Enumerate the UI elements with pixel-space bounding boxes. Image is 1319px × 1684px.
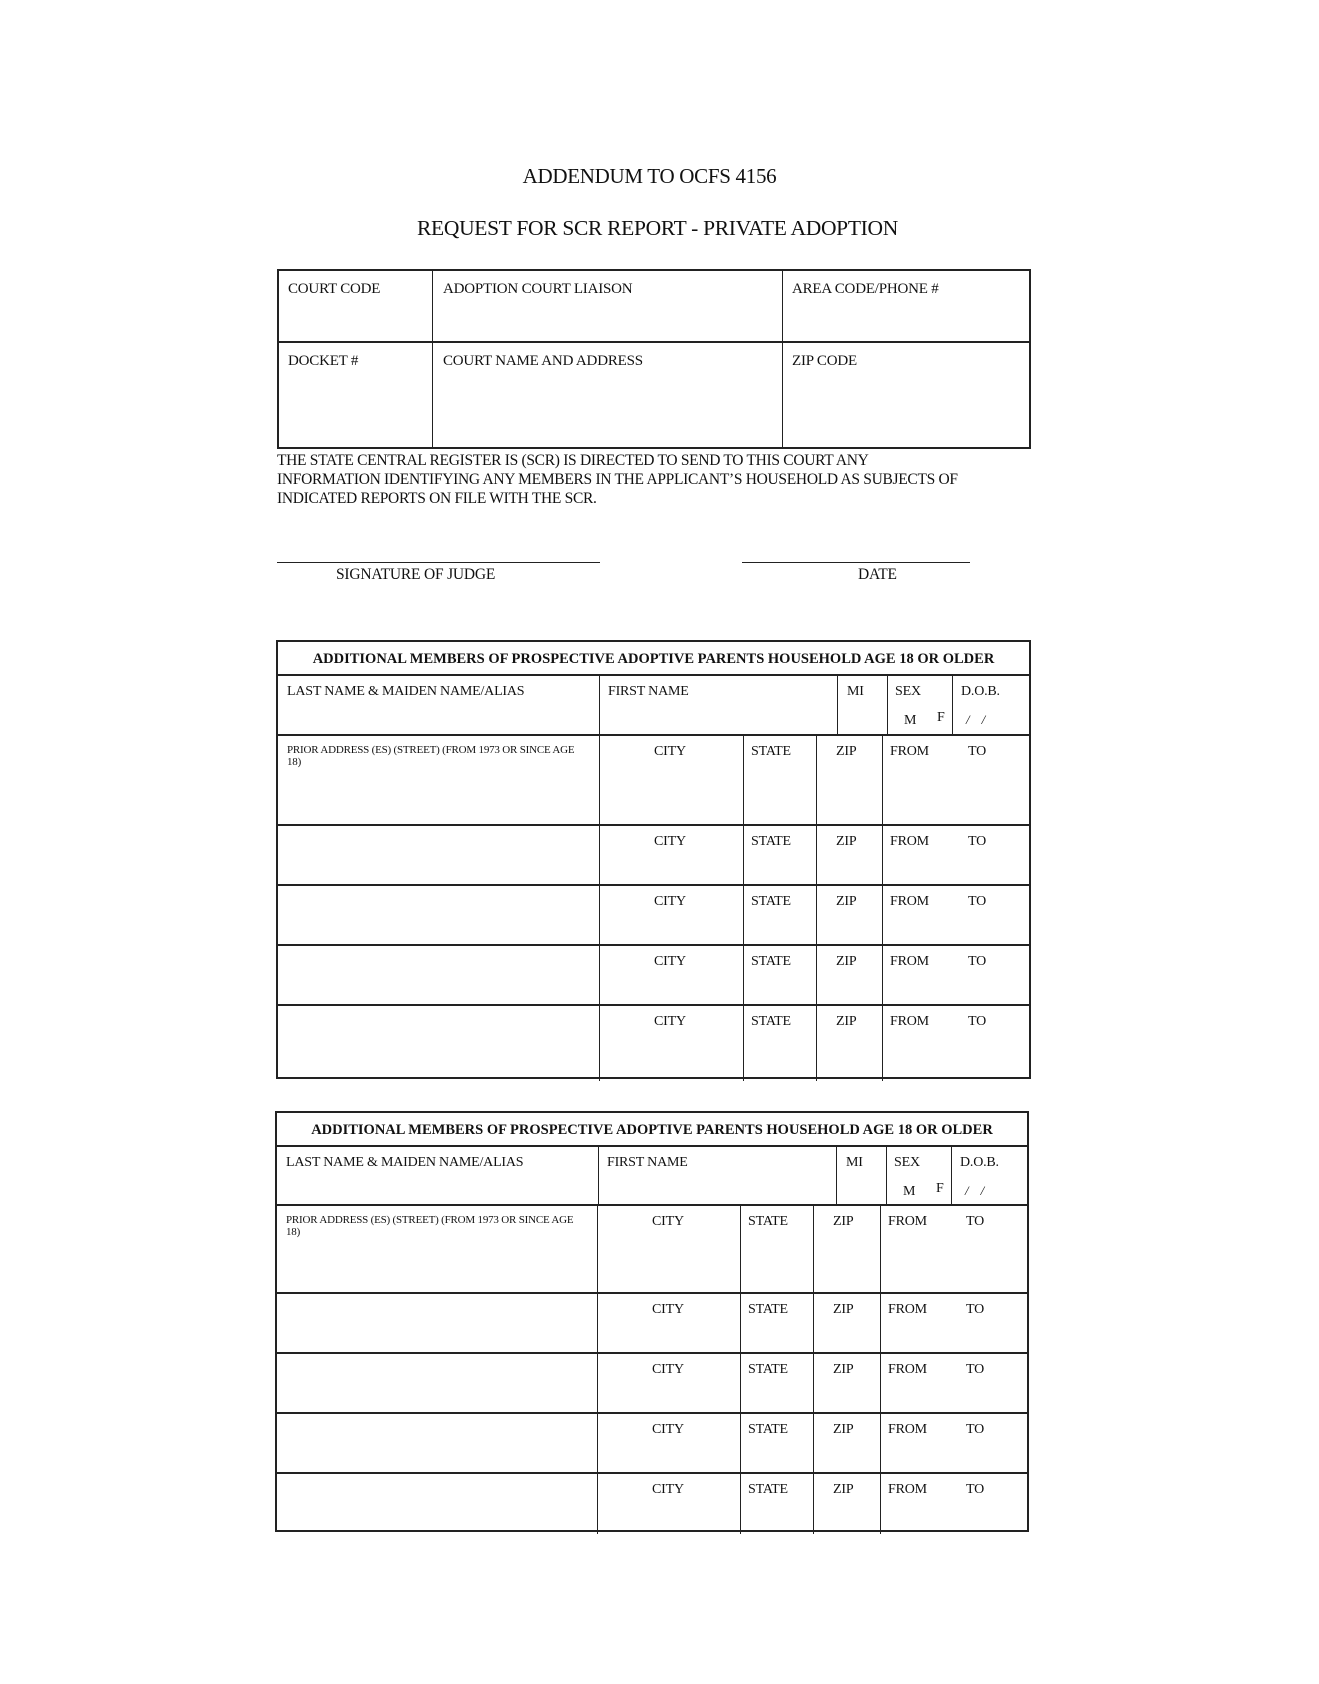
city-field[interactable] <box>601 1502 740 1530</box>
court-name-address-label: COURT NAME AND ADDRESS <box>443 353 643 370</box>
court-code-label: COURT CODE <box>288 281 380 298</box>
court-name-address-field[interactable] <box>439 375 781 445</box>
to-field[interactable] <box>960 1382 1027 1410</box>
to-field[interactable] <box>962 854 1029 882</box>
area-code-phone-label: AREA CODE/PHONE # <box>792 281 939 298</box>
city-field[interactable] <box>601 1442 740 1470</box>
street-address-field[interactable] <box>282 892 599 942</box>
middle-initial-field[interactable] <box>841 704 887 734</box>
city-field[interactable] <box>603 854 743 882</box>
state-field[interactable] <box>747 1034 816 1077</box>
from-label: FROM <box>890 744 929 760</box>
state-label: STATE <box>751 894 791 910</box>
zip-label: ZIP <box>836 834 856 850</box>
from-label: FROM <box>888 1422 927 1438</box>
directive-line: THE STATE CENTRAL REGISTER IS (SCR) IS D… <box>277 451 1037 470</box>
last-name-label: LAST NAME & MAIDEN NAME/ALIAS <box>286 1155 523 1171</box>
from-field[interactable] <box>884 1442 956 1470</box>
to-label: TO <box>968 954 986 970</box>
middle-initial-field[interactable] <box>840 1175 886 1205</box>
zip-field[interactable] <box>817 1442 880 1470</box>
state-field[interactable] <box>744 1322 813 1350</box>
to-field[interactable] <box>960 1442 1027 1470</box>
sex-male-option[interactable]: M <box>903 1184 915 1200</box>
zip-label: ZIP <box>833 1482 853 1498</box>
to-field[interactable] <box>960 1234 1027 1290</box>
city-label: CITY <box>654 894 686 910</box>
city-label: CITY <box>654 834 686 850</box>
zip-field[interactable] <box>817 1382 880 1410</box>
state-field[interactable] <box>747 914 816 942</box>
zip-code-field[interactable] <box>789 375 1029 443</box>
city-field[interactable] <box>603 914 743 942</box>
city-label: CITY <box>654 744 686 760</box>
area-code-phone-field[interactable] <box>789 303 1029 337</box>
city-label: CITY <box>652 1482 684 1498</box>
state-field[interactable] <box>744 1502 813 1530</box>
zip-label: ZIP <box>833 1362 853 1378</box>
from-label: FROM <box>888 1302 927 1318</box>
to-field[interactable] <box>962 764 1029 822</box>
zip-field[interactable] <box>817 1322 880 1350</box>
form-subtitle: REQUEST FOR SCR REPORT - PRIVATE ADOPTIO… <box>0 216 1317 241</box>
docket-number-label: DOCKET # <box>288 353 358 370</box>
first-name-field[interactable] <box>602 1175 836 1205</box>
to-label: TO <box>968 1014 986 1030</box>
to-label: TO <box>968 744 986 760</box>
household-members-table: ADDITIONAL MEMBERS OF PROSPECTIVE ADOPTI… <box>276 640 1031 1079</box>
dob-label: D.O.B. <box>961 684 1000 700</box>
state-label: STATE <box>748 1214 788 1230</box>
from-field[interactable] <box>886 914 958 942</box>
prior-address-label: PRIOR ADDRESS (ES) (STREET) (FROM 1973 O… <box>287 744 577 768</box>
street-address-field[interactable] <box>282 952 599 1002</box>
state-label: STATE <box>751 1014 791 1030</box>
zip-field[interactable] <box>820 914 882 942</box>
last-name-field[interactable] <box>281 1175 598 1205</box>
zip-field[interactable] <box>820 974 882 1002</box>
household-members-header: ADDITIONAL MEMBERS OF PROSPECTIVE ADOPTI… <box>277 1122 1027 1139</box>
state-label: STATE <box>748 1302 788 1318</box>
judge-signature-line[interactable] <box>277 562 600 563</box>
to-label: TO <box>966 1362 984 1378</box>
form-title: ADDENDUM TO OCFS 4156 <box>0 164 1309 189</box>
zip-label: ZIP <box>833 1302 853 1318</box>
zip-field[interactable] <box>820 1034 882 1077</box>
from-field[interactable] <box>886 1034 958 1077</box>
street-address-field[interactable] <box>282 772 599 822</box>
zip-label: ZIP <box>833 1422 853 1438</box>
state-field[interactable] <box>747 854 816 882</box>
to-field[interactable] <box>962 1034 1029 1077</box>
to-field[interactable] <box>960 1502 1027 1530</box>
prior-address-label: PRIOR ADDRESS (ES) (STREET) (FROM 1973 O… <box>286 1214 576 1238</box>
street-address-field[interactable] <box>281 1420 597 1470</box>
city-label: CITY <box>654 1014 686 1030</box>
from-field[interactable] <box>884 1322 956 1350</box>
zip-field[interactable] <box>820 764 882 822</box>
from-label: FROM <box>888 1214 927 1230</box>
city-label: CITY <box>652 1302 684 1318</box>
zip-field[interactable] <box>817 1502 880 1530</box>
zip-label: ZIP <box>836 954 856 970</box>
to-label: TO <box>966 1422 984 1438</box>
street-address-field[interactable] <box>281 1480 597 1530</box>
street-address-field[interactable] <box>282 1012 599 1077</box>
judge-signature-label: SIGNATURE OF JUDGE <box>336 566 495 584</box>
state-label: STATE <box>748 1362 788 1378</box>
sex-male-option[interactable]: M <box>904 713 916 729</box>
city-label: CITY <box>654 954 686 970</box>
zip-label: ZIP <box>836 894 856 910</box>
middle-initial-label: MI <box>847 684 864 700</box>
middle-initial-label: MI <box>846 1155 863 1171</box>
state-field[interactable] <box>747 764 816 822</box>
from-field[interactable] <box>884 1234 956 1290</box>
to-label: TO <box>966 1482 984 1498</box>
zip-label: ZIP <box>833 1214 853 1230</box>
state-label: STATE <box>748 1422 788 1438</box>
city-field[interactable] <box>603 764 743 822</box>
state-label: STATE <box>751 954 791 970</box>
to-field[interactable] <box>962 914 1029 942</box>
from-label: FROM <box>888 1362 927 1378</box>
directive-line: INFORMATION IDENTIFYING ANY MEMBERS IN T… <box>277 470 1037 489</box>
adoption-court-liaison-label: ADOPTION COURT LIAISON <box>443 281 632 298</box>
state-label: STATE <box>748 1482 788 1498</box>
from-label: FROM <box>890 894 929 910</box>
directive-line: INDICATED REPORTS ON FILE WITH THE SCR. <box>277 489 1037 508</box>
from-field[interactable] <box>886 974 958 1002</box>
dob-label: D.O.B. <box>960 1155 999 1171</box>
from-field[interactable] <box>886 764 958 822</box>
sex-female-option[interactable]: F <box>937 710 945 726</box>
household-members-header: ADDITIONAL MEMBERS OF PROSPECTIVE ADOPTI… <box>278 651 1029 668</box>
to-field[interactable] <box>960 1322 1027 1350</box>
zip-label: ZIP <box>836 744 856 760</box>
sex-female-option[interactable]: F <box>936 1181 944 1197</box>
street-address-field[interactable] <box>281 1360 597 1410</box>
from-field[interactable] <box>886 854 958 882</box>
street-address-field[interactable] <box>281 1242 597 1290</box>
state-field[interactable] <box>744 1234 813 1290</box>
city-field[interactable] <box>601 1234 740 1290</box>
from-label: FROM <box>890 834 929 850</box>
first-name-label: FIRST NAME <box>608 684 689 700</box>
zip-label: ZIP <box>836 1014 856 1030</box>
court-code-field[interactable] <box>285 303 429 337</box>
state-label: STATE <box>751 744 791 760</box>
docket-number-field[interactable] <box>285 375 429 443</box>
to-field[interactable] <box>962 974 1029 1002</box>
city-label: CITY <box>652 1362 684 1378</box>
city-label: CITY <box>652 1214 684 1230</box>
to-label: TO <box>966 1302 984 1318</box>
court-info-box: COURT CODE ADOPTION COURT LIAISON AREA C… <box>277 269 1031 449</box>
last-name-label: LAST NAME & MAIDEN NAME/ALIAS <box>287 684 524 700</box>
city-field[interactable] <box>601 1382 740 1410</box>
state-field[interactable] <box>744 1442 813 1470</box>
from-label: FROM <box>890 1014 929 1030</box>
from-field[interactable] <box>884 1382 956 1410</box>
first-name-field[interactable] <box>603 704 837 734</box>
dob-format-hint: / / <box>965 1183 984 1199</box>
to-label: TO <box>966 1214 984 1230</box>
city-label: CITY <box>652 1422 684 1438</box>
state-label: STATE <box>751 834 791 850</box>
state-field[interactable] <box>744 1382 813 1410</box>
household-members-table: ADDITIONAL MEMBERS OF PROSPECTIVE ADOPTI… <box>275 1111 1029 1532</box>
zip-field[interactable] <box>820 854 882 882</box>
to-label: TO <box>968 894 986 910</box>
date-line[interactable] <box>742 562 970 563</box>
from-label: FROM <box>888 1482 927 1498</box>
street-address-field[interactable] <box>281 1300 597 1350</box>
first-name-label: FIRST NAME <box>607 1155 688 1171</box>
scr-directive-text: THE STATE CENTRAL REGISTER IS (SCR) IS D… <box>277 451 1037 508</box>
city-field[interactable] <box>603 974 743 1002</box>
city-field[interactable] <box>601 1322 740 1350</box>
city-field[interactable] <box>603 1034 743 1077</box>
to-label: TO <box>968 834 986 850</box>
last-name-field[interactable] <box>282 704 599 734</box>
dob-format-hint: / / <box>966 712 985 728</box>
street-address-field[interactable] <box>282 832 599 882</box>
state-field[interactable] <box>747 974 816 1002</box>
zip-field[interactable] <box>817 1234 880 1290</box>
zip-code-label: ZIP CODE <box>792 353 857 370</box>
from-field[interactable] <box>884 1502 956 1530</box>
from-label: FROM <box>890 954 929 970</box>
sex-label: SEX <box>895 684 921 700</box>
date-label: DATE <box>858 566 897 584</box>
sex-label: SEX <box>894 1155 920 1171</box>
adoption-court-liaison-field[interactable] <box>439 303 781 337</box>
